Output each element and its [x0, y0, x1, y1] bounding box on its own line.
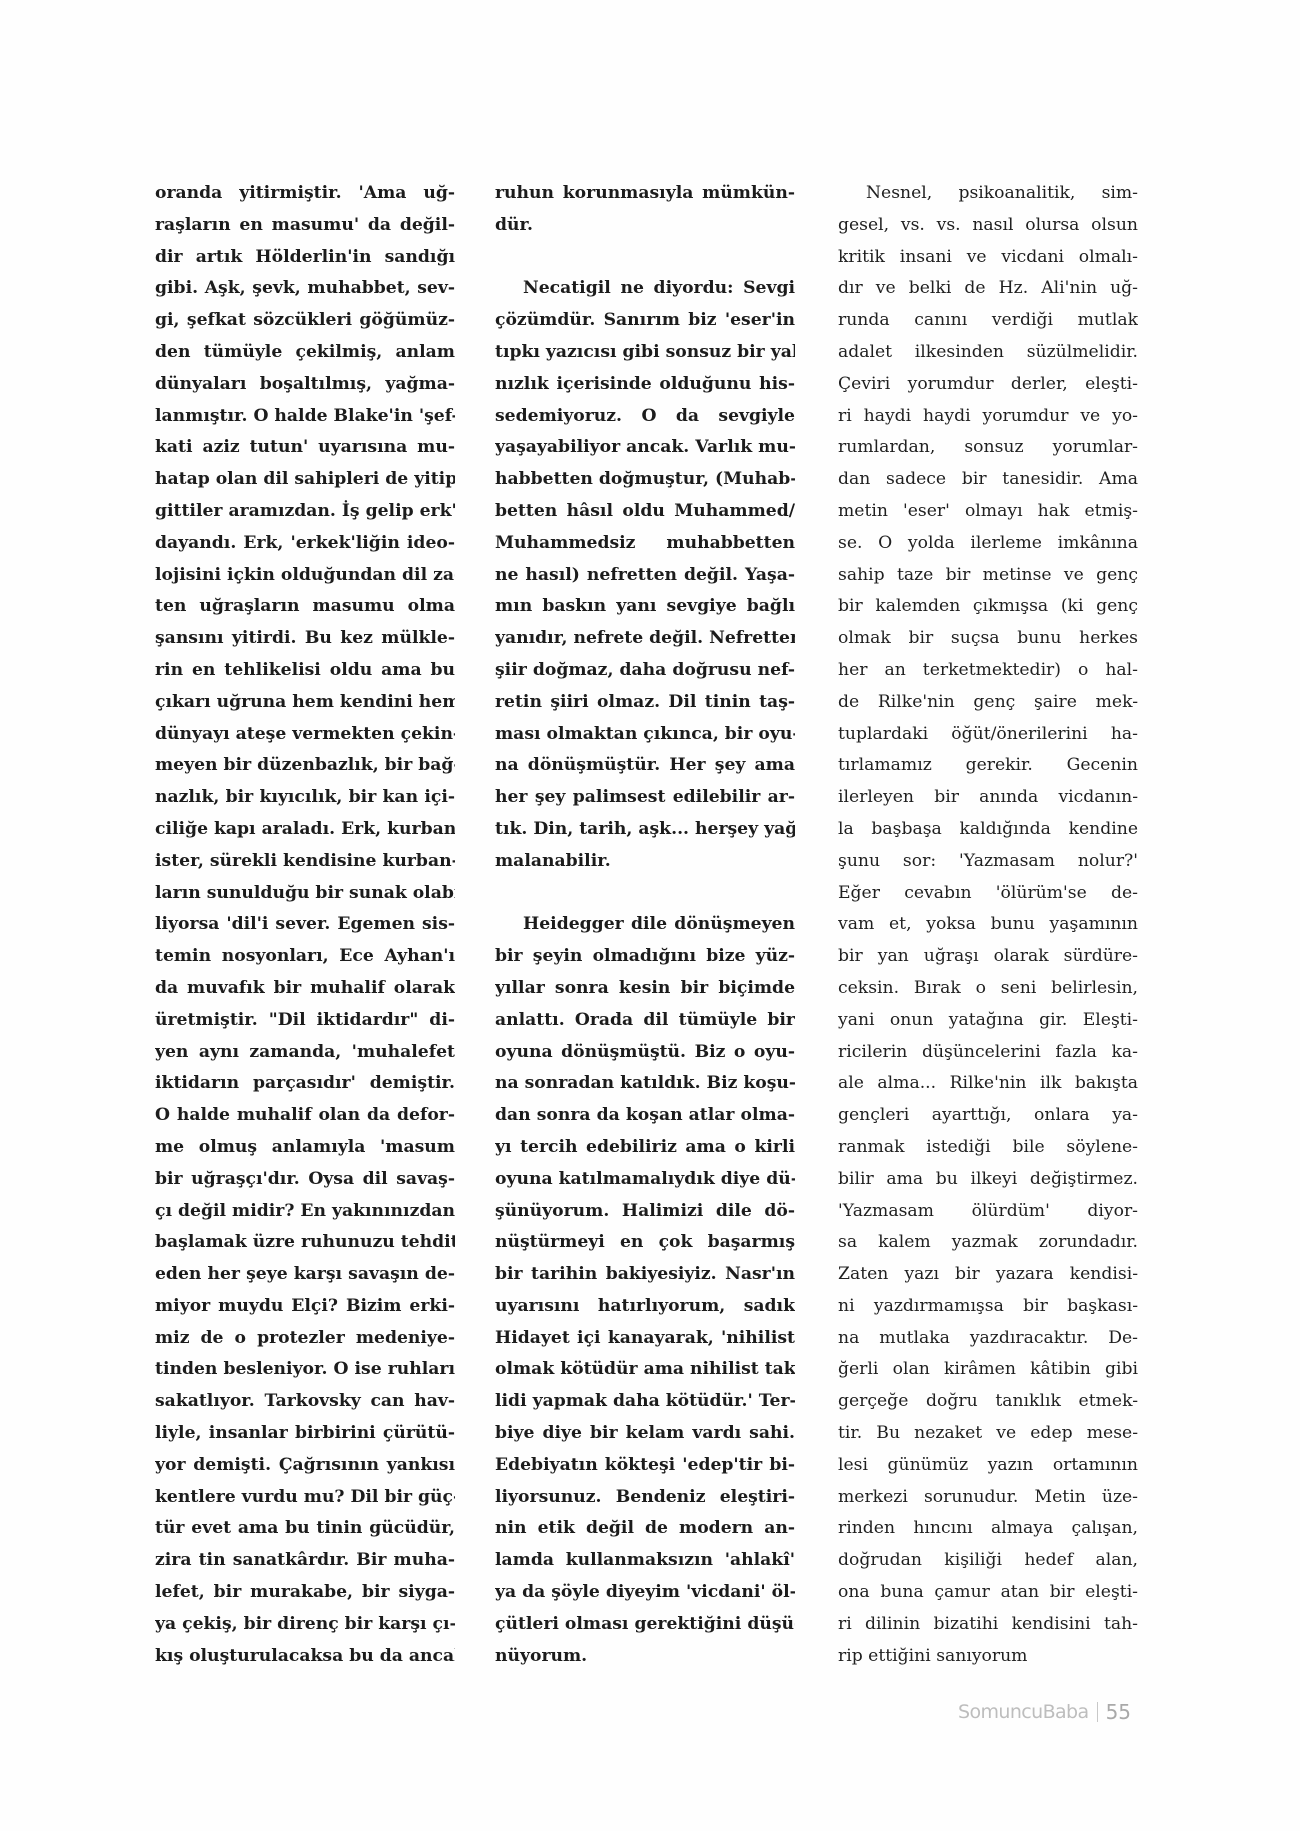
- text-line: gerçeğe doğru tanıklık etmek-: [838, 1386, 1138, 1418]
- text-line: sedemiyoruz. O da sevgiyle: [495, 401, 795, 433]
- text-line: bir tarihin bakiyesiyiz. Nasr'ın: [495, 1259, 795, 1291]
- text-line: Hidayet içi kanayarak, 'nihilist: [495, 1323, 795, 1355]
- text-line: tür evet ama bu tinin gücüdür,: [155, 1513, 455, 1545]
- text-line: eden her şeye karşı savaşın de-: [155, 1259, 455, 1291]
- paragraph: Nesnel, psikoanalitik, sim-gesel, vs. vs…: [838, 178, 1138, 1672]
- text-line: lidi yapmak daha kötüdür.' Ter-: [495, 1386, 795, 1418]
- text-line: tir. Bu nezaket ve edep mese-: [838, 1418, 1138, 1450]
- magazine-page: oranda yitirmiştir. 'Ama uğ-raşların en …: [0, 0, 1300, 1831]
- text-line: ricilerin düşüncelerini fazla ka-: [838, 1037, 1138, 1069]
- text-line: retin şiiri olmaz. Dil tinin taş-: [495, 687, 795, 719]
- text-line: ması olmaktan çıkınca, bir oyu-: [495, 719, 795, 751]
- text-line: ten uğraşların masumu olma: [155, 591, 455, 623]
- text-line: dan sonra da koşan atlar olma-: [495, 1100, 795, 1132]
- text-line: ri haydi haydi yorumdur ve yo-: [838, 401, 1138, 433]
- text-line: Edebiyatın kökteşi 'edep'tir bi-: [495, 1450, 795, 1482]
- text-line: vam et, yoksa bunu yaşamının: [838, 909, 1138, 941]
- text-line: sa kalem yazmak zorundadır.: [838, 1227, 1138, 1259]
- text-line: rin en tehlikelisi oldu ama bu: [155, 655, 455, 687]
- text-line: Muhammedsiz muhabbetten: [495, 528, 795, 560]
- text-line: Necatigil ne diyordu: Sevgi: [495, 273, 795, 305]
- text-line: kritik insani ve vicdani olmalı-: [838, 242, 1138, 274]
- text-line: adalet ilkesinden süzülmelidir.: [838, 337, 1138, 369]
- text-line: da muvafık bir muhalif olarak: [155, 973, 455, 1005]
- text-line: tinden besleniyor. O ise ruhları: [155, 1354, 455, 1386]
- text-line: bir kalemden çıkmışsa (ki genç: [838, 591, 1138, 623]
- text-line: doğrudan kişiliği hedef alan,: [838, 1545, 1138, 1577]
- text-line: hatap olan dil sahipleri de yitip: [155, 464, 455, 496]
- text-line: Nesnel, psikoanalitik, sim-: [838, 178, 1138, 210]
- paragraph: ruhun korunmasıyla mümkün-dür.: [495, 178, 795, 242]
- text-line: tuplardaki öğüt/önerilerini ha-: [838, 719, 1138, 751]
- text-line: metin 'eser' olmayı hak etmiş-: [838, 496, 1138, 528]
- text-line: çıkarı uğruna hem kendini hem: [155, 687, 455, 719]
- text-line: kentlere vurdu mu? Dil bir güç-: [155, 1482, 455, 1514]
- paragraph: Heidegger dile dönüşmeyenbir şeyin olmad…: [495, 909, 795, 1672]
- text-column-2: ruhun korunmasıyla mümkün-dür.Necatigil …: [495, 178, 795, 1672]
- text-line: liyorsa 'dil'i sever. Egemen sis-: [155, 909, 455, 941]
- page-number: 55: [1106, 1700, 1131, 1724]
- text-line: 'Yazmasam ölürdüm' diyor-: [838, 1196, 1138, 1228]
- text-line: üretmiştir. "Dil iktidardır" di-: [155, 1005, 455, 1037]
- text-line: gesel, vs. vs. nasıl olursa olsun: [838, 210, 1138, 242]
- text-line: miyor muydu Elçi? Bizim erki-: [155, 1291, 455, 1323]
- text-line: lanmıştır. O halde Blake'in 'şef-: [155, 401, 455, 433]
- text-line: olmak kötüdür ama nihilist tak-: [495, 1354, 795, 1386]
- page-footer: SomuncuBaba 55: [958, 1700, 1131, 1724]
- text-line: yı tercih edebiliriz ama o kirli: [495, 1132, 795, 1164]
- text-line: nin etik değil de modern an-: [495, 1513, 795, 1545]
- text-line: Eğer cevabın 'ölürüm'se de-: [838, 878, 1138, 910]
- text-line: den tümüyle çekilmiş, anlam: [155, 337, 455, 369]
- text-line: olmak bir suçsa bunu herkes: [838, 623, 1138, 655]
- text-line: la başbaşa kaldığında kendine: [838, 814, 1138, 846]
- text-line: ceksin. Bırak o seni belirlesin,: [838, 973, 1138, 1005]
- text-line: çütleri olması gerektiğini düşü-: [495, 1609, 795, 1641]
- text-line: dayandı. Erk, 'erkek'liğin ideo-: [155, 528, 455, 560]
- text-line: gittiler aramızdan. İş gelip erk'e: [155, 496, 455, 528]
- text-line: rinden hıncını almaya çalışan,: [838, 1513, 1138, 1545]
- text-line: bilir ama bu ilkeyi değiştirmez.: [838, 1164, 1138, 1196]
- text-line: me olmuş anlamıyla 'masum: [155, 1132, 455, 1164]
- text-line: temin nosyonları, Ece Ayhan'ı: [155, 941, 455, 973]
- text-line: na dönüşmüştür. Her şey ama: [495, 750, 795, 782]
- paragraph: Necatigil ne diyordu: Sevgiçözümdür. San…: [495, 273, 795, 877]
- text-line: dan sadece bir tanesidir. Ama: [838, 464, 1138, 496]
- text-line: biye diye bir kelam vardı sahi.: [495, 1418, 795, 1450]
- text-line: yen aynı zamanda, 'muhalefet: [155, 1037, 455, 1069]
- paragraph-gap: [495, 242, 795, 274]
- text-line: bir şeyin olmadığını bize yüz-: [495, 941, 795, 973]
- text-line: gençleri ayarttığı, onlara ya-: [838, 1100, 1138, 1132]
- text-line: runda canını verdiği mutlak: [838, 305, 1138, 337]
- text-line: ni yazdırmamışsa bir başkası-: [838, 1291, 1138, 1323]
- text-line: ciliğe kapı araladı. Erk, kurban: [155, 814, 455, 846]
- text-line: nızlık içerisinde olduğunu his-: [495, 369, 795, 401]
- text-line: şunu sor: 'Yazmasam nolur?': [838, 846, 1138, 878]
- text-line: rip ettiğini sanıyorum: [838, 1641, 1138, 1673]
- text-line: nüştürmeyi en çok başarmış: [495, 1227, 795, 1259]
- text-line: ların sunulduğu bir sunak olabi-: [155, 878, 455, 910]
- text-line: yıllar sonra kesin bir biçimde: [495, 973, 795, 1005]
- text-line: yani onun yatağına gir. Eleşti-: [838, 1005, 1138, 1037]
- text-line: ilerleyen bir anında vicdanın-: [838, 782, 1138, 814]
- text-line: bir uğraşçı'dır. Oysa dil savaş-: [155, 1164, 455, 1196]
- text-line: ya da şöyle diyeyim 'vicdani' öl-: [495, 1577, 795, 1609]
- text-line: her şey palimsest edilebilir ar-: [495, 782, 795, 814]
- text-line: meyen bir düzenbazlık, bir bağ-: [155, 750, 455, 782]
- paragraph-gap: [495, 878, 795, 910]
- text-line: Heidegger dile dönüşmeyen: [495, 909, 795, 941]
- text-line: nazlık, bir kıyıcılık, bir kan içi-: [155, 782, 455, 814]
- text-line: tık. Din, tarih, aşk... herşey yağ-: [495, 814, 795, 846]
- text-line: tıpkı yazıcısı gibi sonsuz bir yal-: [495, 337, 795, 369]
- text-line: Zaten yazı bir yazara kendisi-: [838, 1259, 1138, 1291]
- text-line: dünyaları boşaltılmış, yağma-: [155, 369, 455, 401]
- text-line: iktidarın parçasıdır' demiştir.: [155, 1068, 455, 1100]
- text-line: liyorsunuz. Bendeniz eleştiri-: [495, 1482, 795, 1514]
- text-line: dür.: [495, 210, 795, 242]
- text-line: yanıdır, nefrete değil. Nefretten: [495, 623, 795, 655]
- text-line: yaşayabiliyor ancak. Varlık mu-: [495, 432, 795, 464]
- text-line: ale alma... Rilke'nin ilk bakışta: [838, 1068, 1138, 1100]
- text-column-1: oranda yitirmiştir. 'Ama uğ-raşların en …: [155, 178, 455, 1672]
- text-line: yor demişti. Çağrısının yankısı: [155, 1450, 455, 1482]
- text-line: dünyayı ateşe vermekten çekin-: [155, 719, 455, 751]
- text-line: dır ve belki de Hz. Ali'nin uğ-: [838, 273, 1138, 305]
- text-line: O halde muhalif olan da defor-: [155, 1100, 455, 1132]
- text-line: merkezi sorunudur. Metin üze-: [838, 1482, 1138, 1514]
- text-line: başlamak üzre ruhunuzu tehdit: [155, 1227, 455, 1259]
- text-line: gi, şefkat sözcükleri göğümüz-: [155, 305, 455, 337]
- text-line: çı değil midir? En yakınınızdan: [155, 1196, 455, 1228]
- text-line: bir yan uğraşı olarak sürdüre-: [838, 941, 1138, 973]
- text-line: liyle, insanlar birbirini çürütü-: [155, 1418, 455, 1450]
- text-line: ranmak istediği bile söylene-: [838, 1132, 1138, 1164]
- text-line: kati aziz tutun' uyarısına mu-: [155, 432, 455, 464]
- text-line: her an terketmektedir) o hal-: [838, 655, 1138, 687]
- text-line: anlattı. Orada dil tümüyle bir: [495, 1005, 795, 1037]
- text-line: mın baskın yanı sevgiye bağlı: [495, 591, 795, 623]
- text-line: lefet, bir murakabe, bir siyga-: [155, 1577, 455, 1609]
- text-line: gibi. Aşk, şevk, muhabbet, sev-: [155, 273, 455, 305]
- text-line: Çeviri yorumdur derler, eleşti-: [838, 369, 1138, 401]
- text-line: sakatlıyor. Tarkovsky can hav-: [155, 1386, 455, 1418]
- magazine-brand: SomuncuBaba: [958, 1701, 1089, 1723]
- footer-divider: [1097, 1702, 1098, 1722]
- text-line: şünüyorum. Halimizi dile dö-: [495, 1196, 795, 1228]
- text-line: sahip taze bir metinse ve genç: [838, 560, 1138, 592]
- text-line: ister, sürekli kendisine kurban-: [155, 846, 455, 878]
- text-line: raşların en masumu' da değil-: [155, 210, 455, 242]
- text-line: lesi günümüz yazın ortamının: [838, 1450, 1138, 1482]
- paragraph: oranda yitirmiştir. 'Ama uğ-raşların en …: [155, 178, 455, 1672]
- text-line: na sonradan katıldık. Biz koşu-: [495, 1068, 795, 1100]
- text-line: malanabilir.: [495, 846, 795, 878]
- text-line: ne hasıl) nefretten değil. Yaşa-: [495, 560, 795, 592]
- text-line: ri dilinin bizatihi kendisini tah-: [838, 1609, 1138, 1641]
- text-line: ruhun korunmasıyla mümkün-: [495, 178, 795, 210]
- text-line: rumlardan, sonsuz yorumlar-: [838, 432, 1138, 464]
- text-line: na mutlaka yazdıracaktır. De-: [838, 1323, 1138, 1355]
- text-line: lamda kullanmaksızın 'ahlakî': [495, 1545, 795, 1577]
- text-line: şansını yitirdi. Bu kez mülkle-: [155, 623, 455, 655]
- text-line: ya çekiş, bir direnç bir karşı çı-: [155, 1609, 455, 1641]
- text-line: se. O yolda ilerleme imkânına: [838, 528, 1138, 560]
- text-line: tırlamamız gerekir. Gecenin: [838, 750, 1138, 782]
- text-line: habbetten doğmuştur, (Muhab-: [495, 464, 795, 496]
- text-line: lojisini içkin olduğundan dil za-: [155, 560, 455, 592]
- text-line: kış oluşturulacaksa bu da ancak: [155, 1641, 455, 1673]
- text-line: çözümdür. Sanırım biz 'eser'in: [495, 305, 795, 337]
- text-line: dir artık Hölderlin'in sandığı: [155, 242, 455, 274]
- text-line: zira tin sanatkârdır. Bir muha-: [155, 1545, 455, 1577]
- text-line: şiir doğmaz, daha doğrusu nef-: [495, 655, 795, 687]
- text-line: betten hâsıl oldu Muhammed/: [495, 496, 795, 528]
- text-line: oyuna dönüşmüştü. Biz o oyu-: [495, 1037, 795, 1069]
- text-line: oyuna katılmamalıydık diye dü-: [495, 1164, 795, 1196]
- text-line: uyarısını hatırlıyorum, sadık: [495, 1291, 795, 1323]
- text-line: nüyorum.: [495, 1641, 795, 1673]
- text-line: oranda yitirmiştir. 'Ama uğ-: [155, 178, 455, 210]
- text-line: miz de o protezler medeniye-: [155, 1323, 455, 1355]
- text-column-3: Nesnel, psikoanalitik, sim-gesel, vs. vs…: [838, 178, 1138, 1672]
- text-line: ona buna çamur atan bir eleşti-: [838, 1577, 1138, 1609]
- text-line: de Rilke'nin genç şaire mek-: [838, 687, 1138, 719]
- text-line: ğerli olan kirâmen kâtibin gibi: [838, 1354, 1138, 1386]
